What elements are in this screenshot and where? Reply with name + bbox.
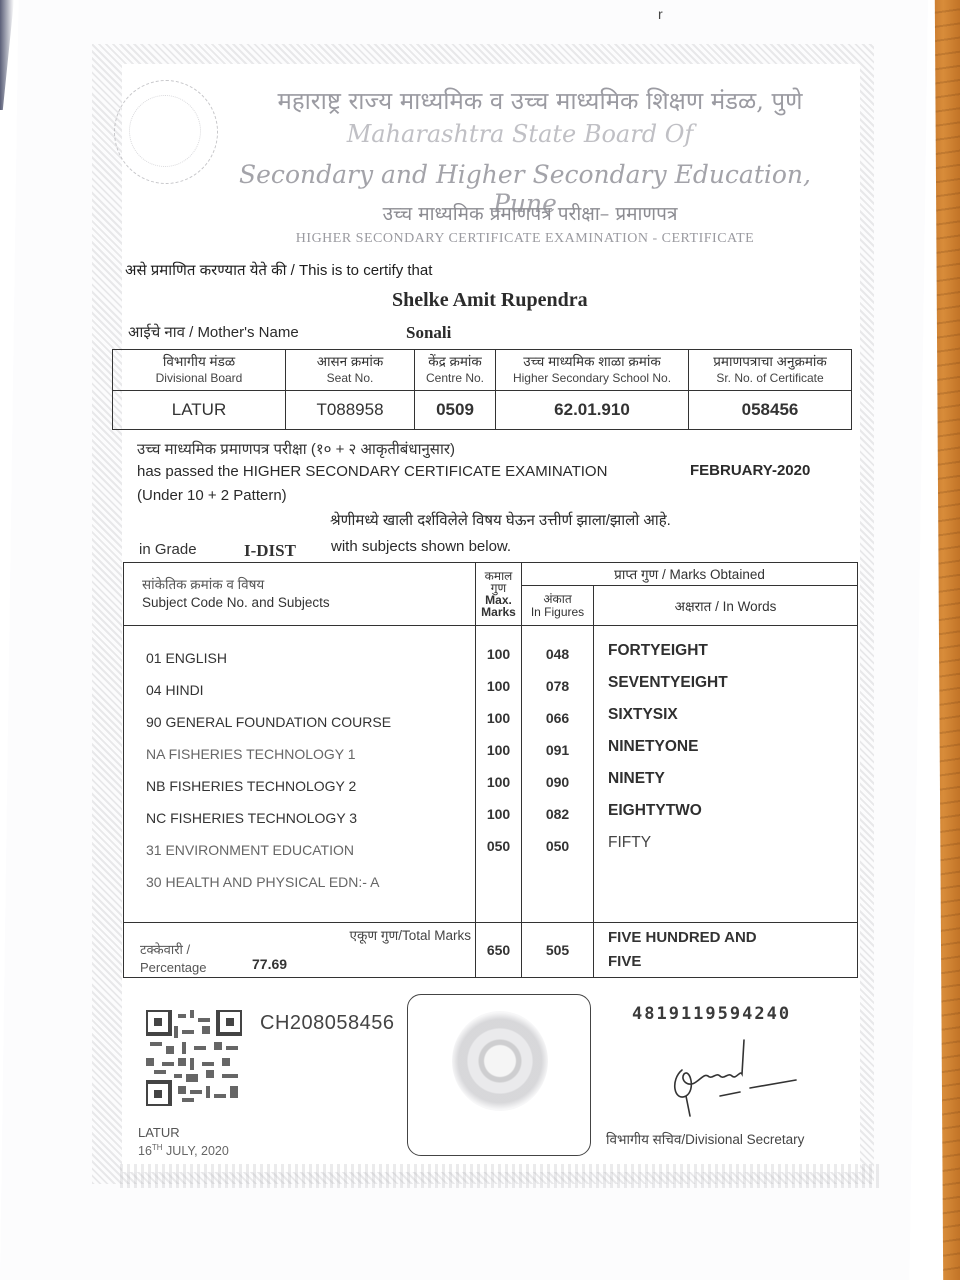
marks-figures: 066	[522, 702, 593, 734]
certificate-border-bottom	[120, 1164, 880, 1188]
exam-title-english: HIGHER SECONDARY CERTIFICATE EXAMINATION…	[240, 231, 810, 247]
marks-header-row-1: सांकेतिक क्रमांक व विषय Subject Code No.…	[124, 563, 858, 586]
header-school-no: उच्च माध्यमिक शाळा क्रमांकHigher Seconda…	[496, 350, 689, 391]
marks-table: सांकेतिक क्रमांक व विषय Subject Code No.…	[123, 562, 858, 978]
subject-column: 01 ENGLISH 04 HINDI 90 GENERAL FOUNDATIO…	[124, 626, 476, 923]
total-max-marks: 650	[476, 923, 522, 978]
percentage-cell: टक्केवारी / Percentage एकूण गुण/Total Ma…	[124, 923, 476, 978]
header-divisional-board: विभागीय मंडळDivisional Board	[113, 350, 286, 391]
percentage-value: 77.69	[252, 955, 287, 973]
seat-no-value: T088958	[286, 391, 415, 430]
subject-name: 01 ENGLISH	[124, 642, 475, 674]
info-header-row: विभागीय मंडळDivisional Board आसन क्रमांक…	[113, 350, 852, 391]
header-certificate-sr-no: प्रमाणपत्राचा अनुक्रमांकSr. No. of Certi…	[689, 350, 852, 391]
signature-icon	[660, 1030, 800, 1120]
school-no-value: 62.01.910	[496, 391, 689, 430]
header-in-words: अक्षरात / In Words	[594, 586, 858, 626]
total-marks-label: एकूण गुण/Total Marks	[350, 927, 471, 945]
max-marks: 050	[476, 830, 521, 862]
info-value-row: LATUR T088958 0509 62.01.910 058456	[113, 391, 852, 430]
marks-figures: 091	[522, 734, 593, 766]
certificate-sr-no-value: 058456	[689, 391, 852, 430]
marks-figures: 048	[522, 638, 593, 670]
subject-name: 30 HEALTH AND PHYSICAL EDN:- A	[124, 866, 475, 898]
subject-name: 31 ENVIRONMENT EDUCATION	[124, 834, 475, 866]
exam-pattern: (Under 10 + 2 Pattern)	[137, 487, 287, 504]
signatory-title: विभागीय सचिव/Divisional Secretary	[606, 1130, 804, 1148]
grade-label: in Grade	[139, 541, 197, 558]
marks-figures: 078	[522, 670, 593, 702]
board-name-english-line1: Maharashtra State Board Of	[300, 120, 740, 148]
marks-words: FORTYEIGHT	[594, 636, 857, 668]
max-marks: 100	[476, 798, 521, 830]
qr-code-icon	[146, 1010, 242, 1106]
header-centre-no: केंद्र क्रमांकCentre No.	[415, 350, 496, 391]
max-marks: 100	[476, 638, 521, 670]
words-column: FORTYEIGHT SEVENTYEIGHT SIXTYSIX NINETYO…	[594, 626, 858, 923]
centre-no-value: 0509	[415, 391, 496, 430]
max-marks: 100	[476, 734, 521, 766]
pen-mark: r	[658, 6, 663, 22]
subject-name: 04 HINDI	[124, 674, 475, 706]
subject-name: NA FISHERIES TECHNOLOGY 1	[124, 738, 475, 770]
marks-figures: 090	[522, 766, 593, 798]
candidate-info-table: विभागीय मंडळDivisional Board आसन क्रमांक…	[112, 349, 852, 430]
figures-column: 048 078 066 091 090 082 050	[522, 626, 594, 923]
header-max-marks: कमाल गुण Max. Marks	[476, 563, 522, 626]
divisional-board-value: LATUR	[113, 391, 286, 430]
student-name: Shelke Amit Rupendra	[392, 289, 588, 312]
issue-place: LATUR	[138, 1125, 180, 1140]
page-shadow	[0, 0, 14, 110]
photo-box	[407, 994, 591, 1156]
max-marks: 100	[476, 766, 521, 798]
issue-date: 16TH JULY, 2020	[138, 1143, 229, 1158]
header-in-figures: अंकात In Figures	[522, 586, 594, 626]
subject-name: 90 GENERAL FOUNDATION COURSE	[124, 706, 475, 738]
max-marks-column: 100 100 100 100 100 100 050	[476, 626, 522, 923]
board-seal-stamp-icon	[452, 1011, 548, 1111]
marks-words: SEVENTYEIGHT	[594, 668, 857, 700]
exam-title-marathi: उच्च माध्यमिक प्रमाणपत्र परीक्षा– प्रमाण…	[300, 200, 760, 226]
marks-words: NINETYONE	[594, 732, 857, 764]
mother-name-label: आईचे नाव / Mother's Name	[128, 322, 299, 342]
grade-suffix: with subjects shown below.	[331, 538, 511, 555]
total-marks-words: FIVE HUNDRED AND FIVE	[594, 923, 858, 978]
exam-session: FEBRUARY-2020	[690, 462, 810, 479]
subject-name: NB FISHERIES TECHNOLOGY 2	[124, 770, 475, 802]
qr-code-id: CH208058456	[260, 1012, 395, 1035]
board-seal-icon	[114, 80, 218, 184]
header-marks-obtained: प्राप्त गुण / Marks Obtained	[522, 563, 858, 586]
board-name-marathi: महाराष्ट्र राज्य माध्यमिक व उच्च माध्यमि…	[240, 84, 840, 117]
grade-statement-marathi: श्रेणीमध्ये खाली दर्शविलेले विषय घेऊन उत…	[330, 510, 671, 530]
marks-figures: 050	[522, 830, 593, 862]
max-marks: 100	[476, 702, 521, 734]
passed-statement-marathi: उच्च माध्यमिक प्रमाणपत्र परीक्षा (१० + २…	[137, 439, 455, 459]
mother-name: Sonali	[406, 323, 451, 343]
marks-body: 01 ENGLISH 04 HINDI 90 GENERAL FOUNDATIO…	[124, 626, 858, 923]
marks-words: NINETY	[594, 764, 857, 796]
subject-name: NC FISHERIES TECHNOLOGY 3	[124, 802, 475, 834]
header-subject: सांकेतिक क्रमांक व विषय Subject Code No.…	[124, 563, 476, 626]
serial-number: 4819119594240	[632, 1004, 791, 1024]
grade-value: I-DIST	[244, 541, 296, 561]
total-row: टक्केवारी / Percentage एकूण गुण/Total Ma…	[124, 923, 858, 978]
total-marks-obtained: 505	[522, 923, 594, 978]
header-seat-no: आसन क्रमांकSeat No.	[286, 350, 415, 391]
passed-statement: has passed the HIGHER SECONDARY CERTIFIC…	[137, 463, 607, 480]
marks-words: FIFTY	[594, 828, 857, 860]
certify-statement: असे प्रमाणित करण्यात येते की / This is t…	[125, 260, 432, 280]
marks-figures: 082	[522, 798, 593, 830]
max-marks: 100	[476, 670, 521, 702]
marks-words: SIXTYSIX	[594, 700, 857, 732]
marks-words: EIGHTYTWO	[594, 796, 857, 828]
